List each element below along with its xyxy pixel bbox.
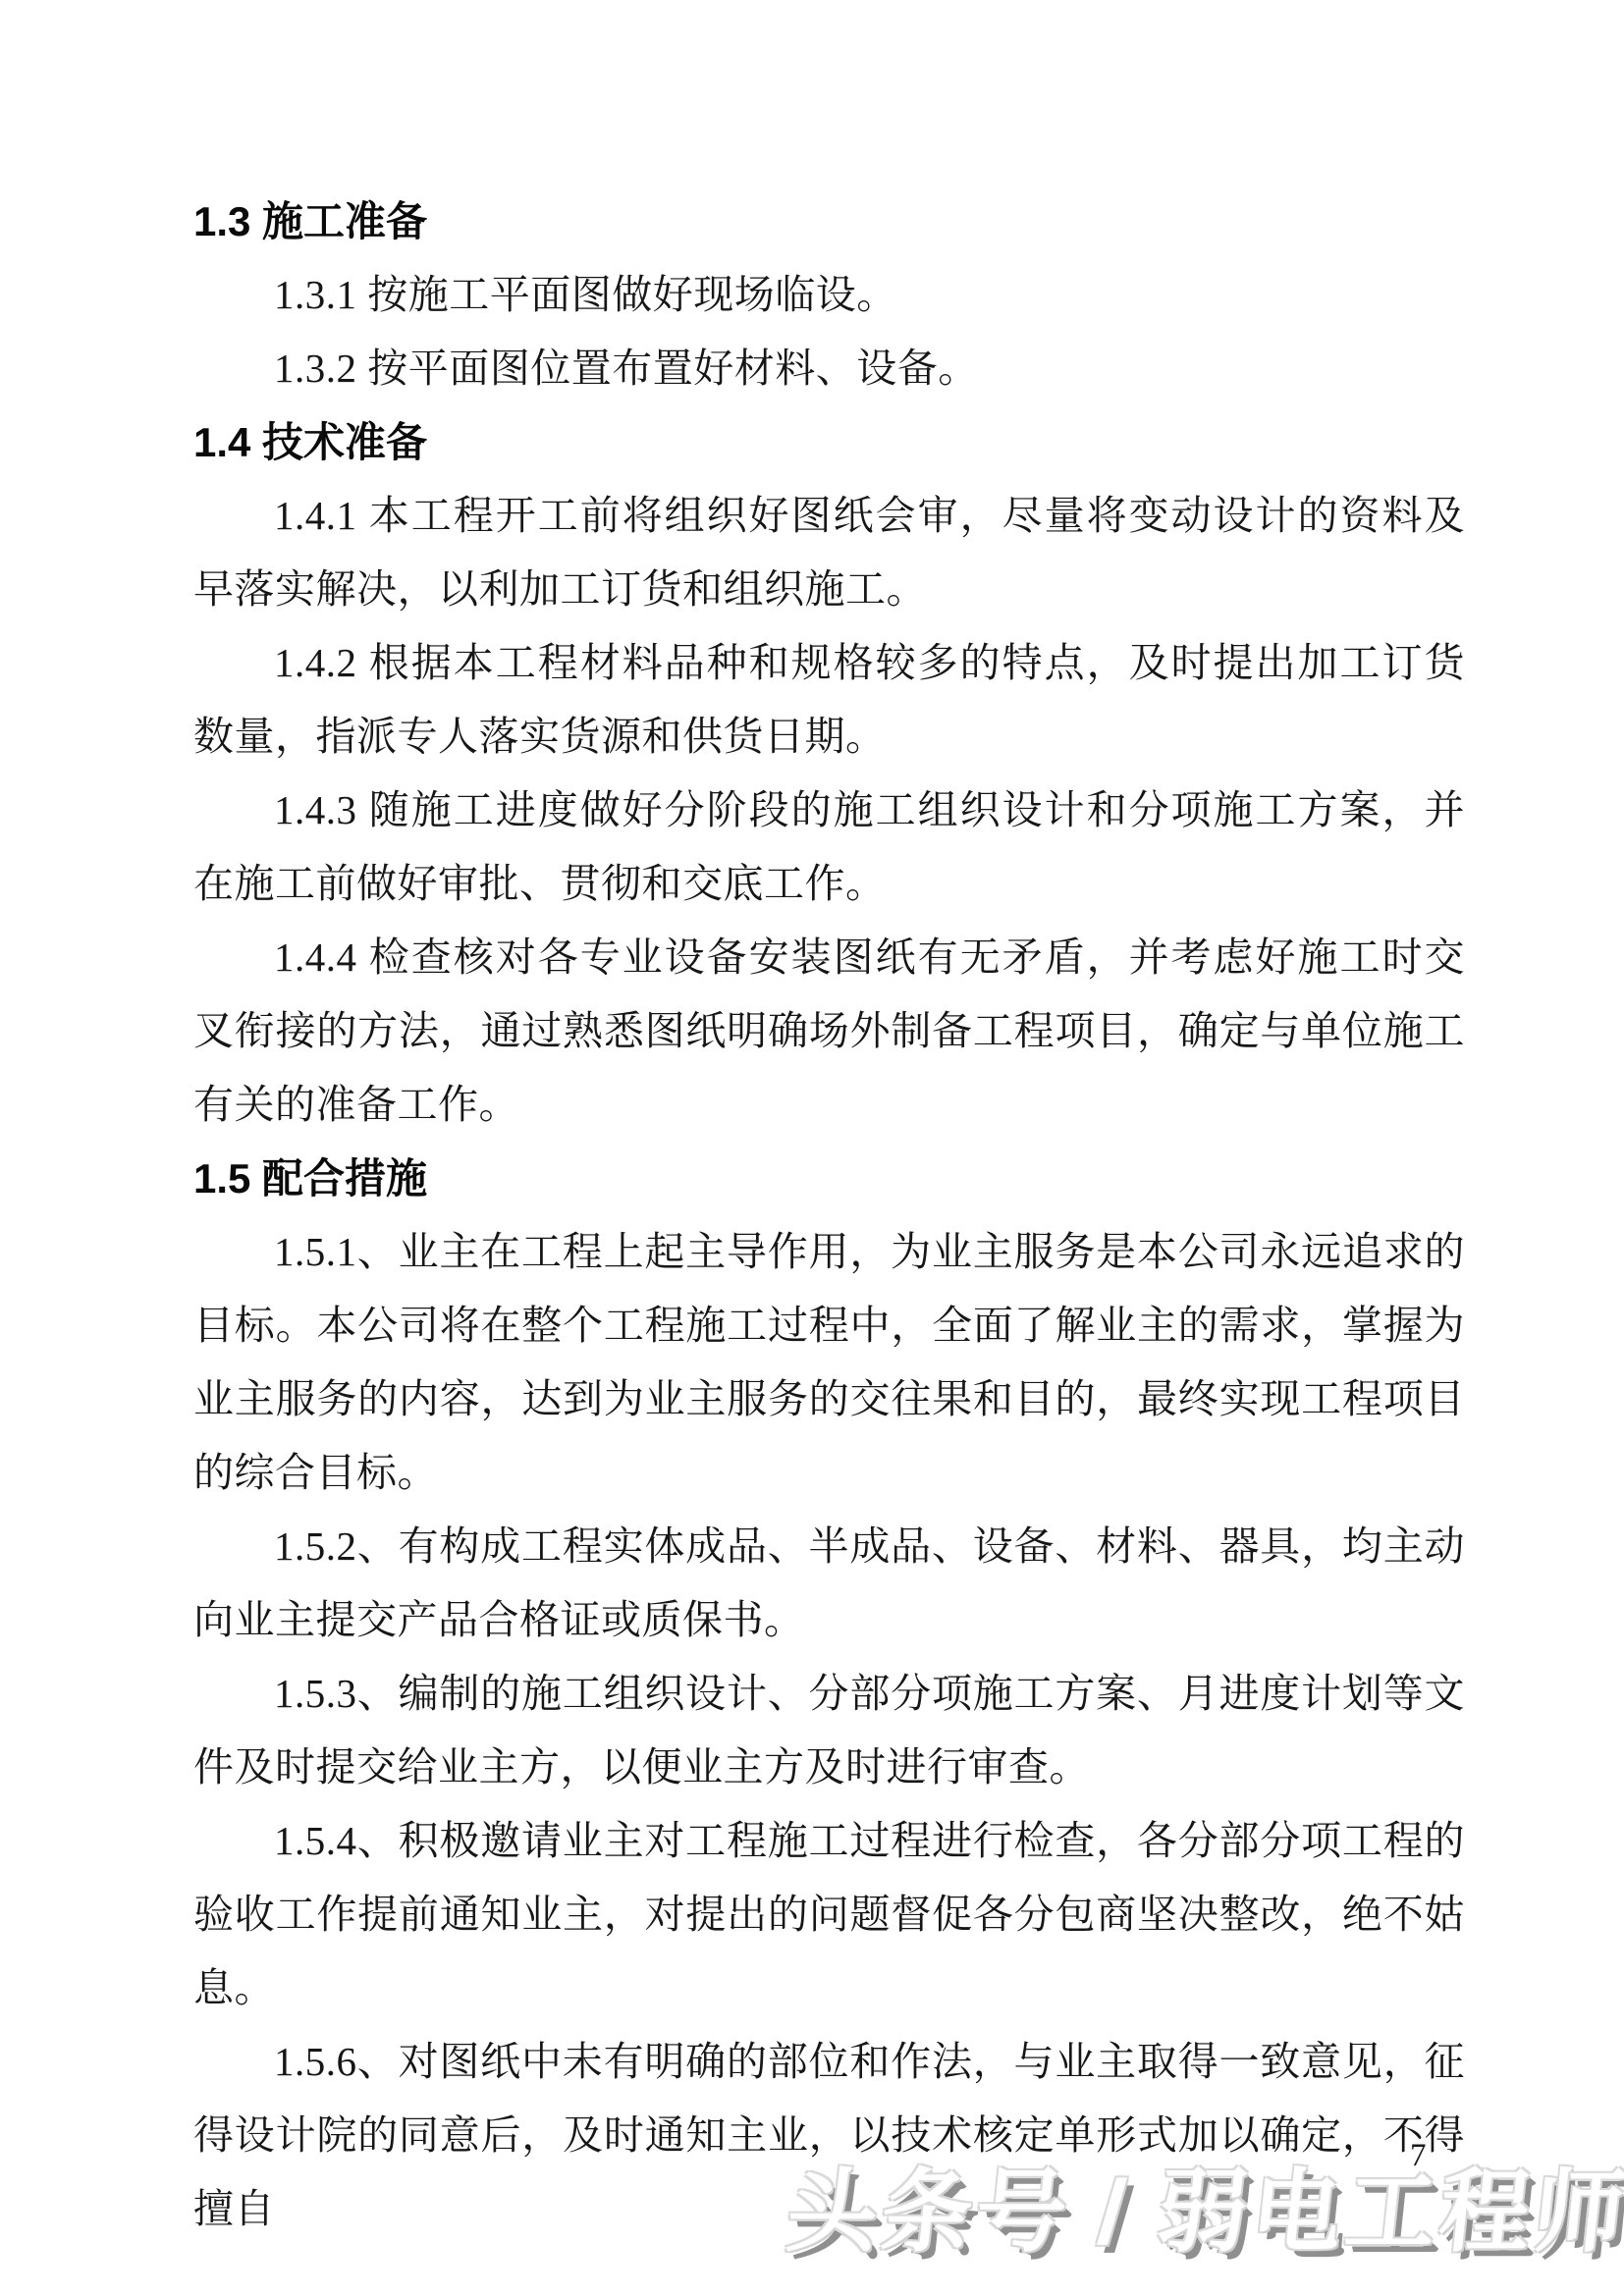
document-body: 1.3 施工准备 1.3.1 按施工平面图做好现场临设。 1.3.2 按平面图位… <box>193 185 1465 2246</box>
document-page: 1.3 施工准备 1.3.1 按施工平面图做好现场临设。 1.3.2 按平面图位… <box>0 0 1624 2296</box>
paragraph-1-5-1: 1.5.1、业主在工程上起主导作用，为业主服务是本公司永远追求的目标。本公司将在… <box>193 1215 1465 1510</box>
paragraph-1-3-1: 1.3.1 按施工平面图做好现场临设。 <box>193 258 1465 332</box>
section-heading-1-4: 1.4 技术准备 <box>193 405 1465 479</box>
watermark-toutiao: 头条号 / 弱电工程师 <box>783 2163 1624 2262</box>
section-heading-1-3: 1.3 施工准备 <box>193 185 1465 258</box>
paragraph-1-3-2: 1.3.2 按平面图位置布置好材料、设备。 <box>193 332 1465 405</box>
paragraph-1-4-1: 1.4.1 本工程开工前将组织好图纸会审，尽量将变动设计的资料及早落实解决，以利… <box>193 479 1465 626</box>
paragraph-1-5-4: 1.5.4、积极邀请业主对工程施工过程进行检查，各分部分项工程的验收工作提前通知… <box>193 1804 1465 2025</box>
paragraph-1-5-2: 1.5.2、有构成工程实体成品、半成品、设备、材料、器具，均主动向业主提交产品合… <box>193 1510 1465 1657</box>
section-heading-1-5: 1.5 配合措施 <box>193 1142 1465 1215</box>
paragraph-1-5-3: 1.5.3、编制的施工组织设计、分部分项施工方案、月进度计划等文件及时提交给业主… <box>193 1657 1465 1804</box>
paragraph-1-4-4: 1.4.4 检查核对各专业设备安装图纸有无矛盾，并考虑好施工时交叉衔接的方法，通… <box>193 921 1465 1142</box>
paragraph-1-4-3: 1.4.3 随施工进度做好分阶段的施工组织设计和分项施工方案，并在施工前做好审批… <box>193 774 1465 921</box>
paragraph-1-4-2: 1.4.2 根据本工程材料品种和规格较多的特点，及时提出加工订货数量，指派专人落… <box>193 626 1465 774</box>
